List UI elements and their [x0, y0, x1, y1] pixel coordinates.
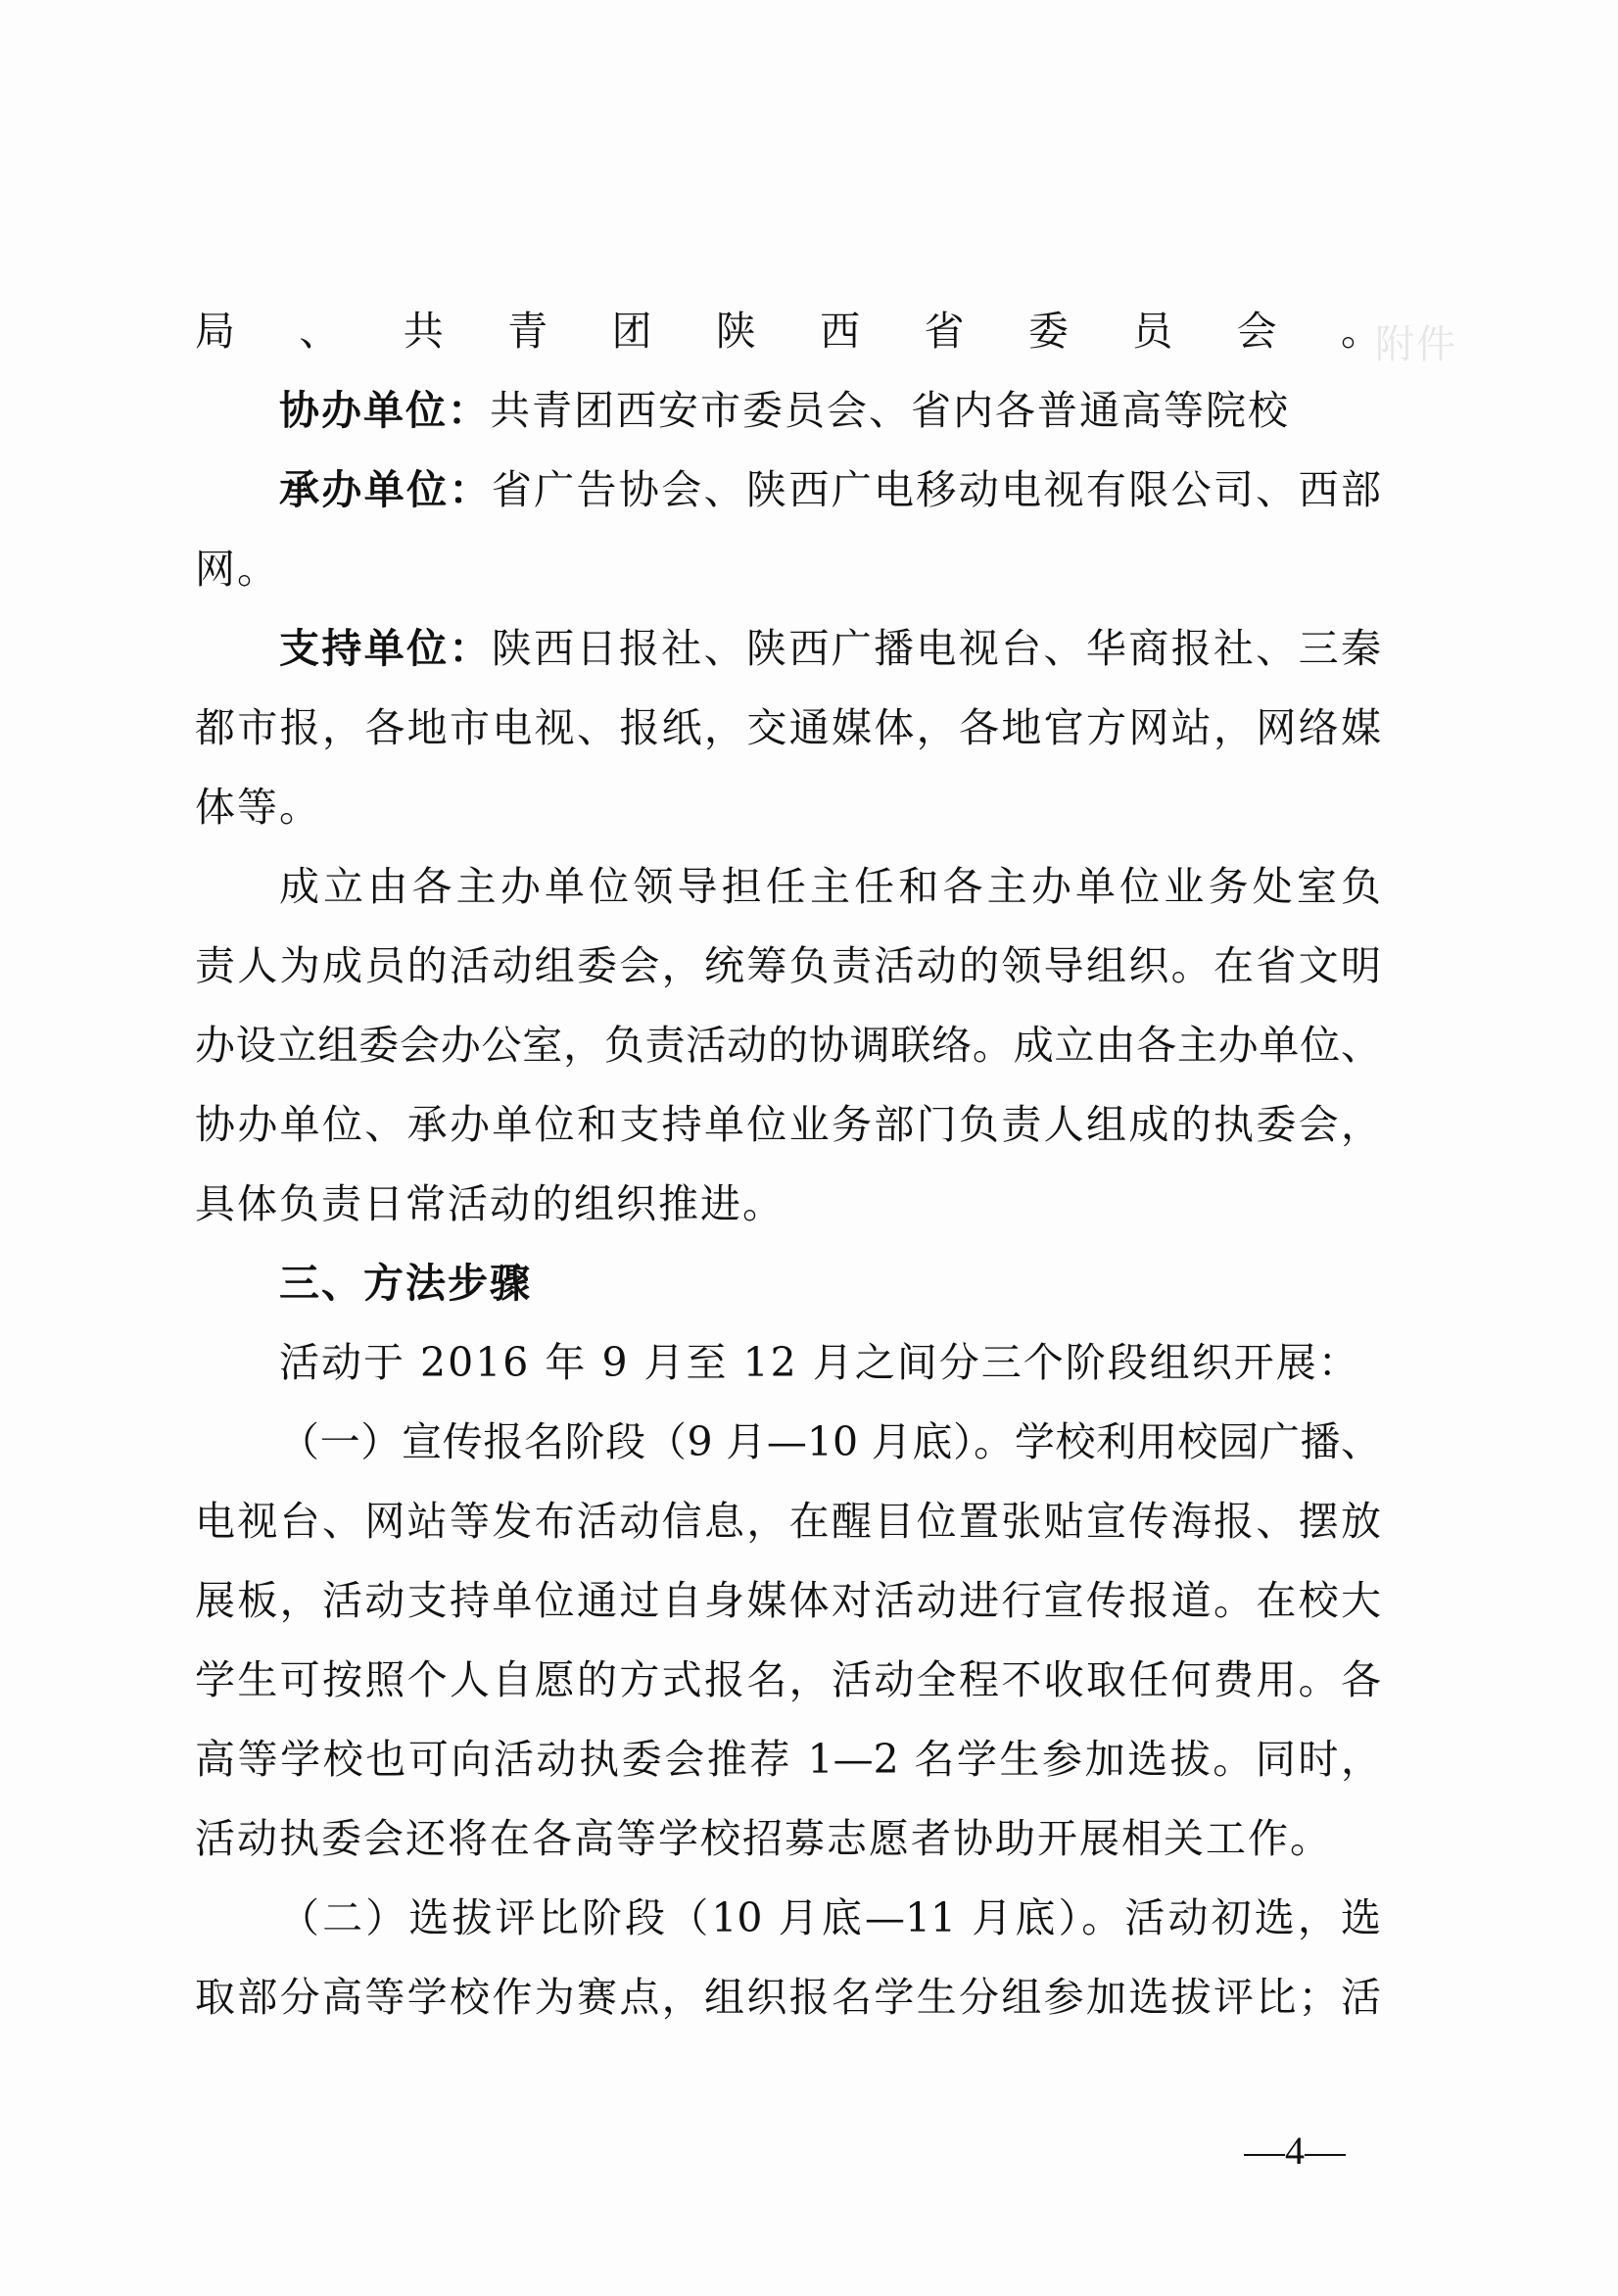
text-line: 责人为成员的活动组委会，统筹负责活动的领导组织。在省文明 — [195, 936, 1381, 995]
text-line: 都市报，各地市电视、报纸，交通媒体，各地官方网站，网络媒 — [195, 698, 1381, 757]
text-line: 取部分高等学校作为赛点，组织报名学生分组参加选拔评比；活 — [195, 1968, 1381, 2027]
text-line-co-organizer: 协办单位：共青团西安市委员会、省内各普通高等院校 — [279, 381, 1381, 440]
document-page: 附件 局、共青团陕西省委员会。 协办单位：共青团西安市委员会、省内各普通高等院校… — [0, 0, 1618, 2296]
text-line: 具体负责日常活动的组织推进。 — [195, 1174, 1381, 1233]
text-line: 网。 — [195, 540, 1381, 598]
text-line: （二）选拔评比阶段（10 月底—11 月底）。活动初选，选 — [279, 1889, 1381, 1947]
text-line: 协办单位、承办单位和支持单位业务部门负责人组成的执委会， — [195, 1095, 1381, 1154]
text-line: 高等学校也可向活动执委会推荐 1—2 名学生参加选拔。同时， — [195, 1730, 1381, 1789]
text-line: 体等。 — [195, 778, 1381, 837]
bleed-through-text: 附件 — [1375, 313, 1457, 369]
text-line-supporter: 支持单位：陕西日报社、陕西广播电视台、华商报社、三秦 — [279, 619, 1381, 678]
text-line-undertaker: 承办单位：省广告协会、陕西广电移动电视有限公司、西部 — [279, 460, 1381, 519]
text-line: 办设立组委会办公室，负责活动的协调联络。成立由各主办单位、 — [195, 1016, 1381, 1075]
dash-left — [1244, 2154, 1285, 2156]
text-line: 局、共青团陕西省委员会。 — [195, 302, 1381, 360]
page-number: 4 — [1244, 2128, 1346, 2174]
text-line: 成立由各主办单位领导担任主任和各主办单位业务处室负 — [279, 857, 1381, 916]
section-heading: 三、方法步骤 — [279, 1254, 1381, 1313]
text-line: 活动执委会还将在各高等学校招募志愿者协助开展相关工作。 — [195, 1809, 1381, 1868]
dash-right — [1305, 2154, 1346, 2156]
text-line: 电视台、网站等发布活动信息，在醒目位置张贴宣传海报、摆放 — [195, 1492, 1381, 1551]
label-supporter: 支持单位： — [279, 625, 492, 672]
text-line: 活动于 2016 年 9 月至 12 月之间分三个阶段组织开展： — [279, 1333, 1381, 1392]
text-line: （一）宣传报名阶段（9 月—10 月底）。学校利用校园广播、 — [279, 1412, 1381, 1471]
text-line: 展板，活动支持单位通过自身媒体对活动进行宣传报道。在校大 — [195, 1571, 1381, 1630]
label-undertaker: 承办单位： — [279, 466, 492, 513]
label-co-organizer: 协办单位： — [279, 387, 490, 434]
text-line: 学生可按照个人自愿的方式报名，活动全程不收取任何费用。各 — [195, 1650, 1381, 1709]
